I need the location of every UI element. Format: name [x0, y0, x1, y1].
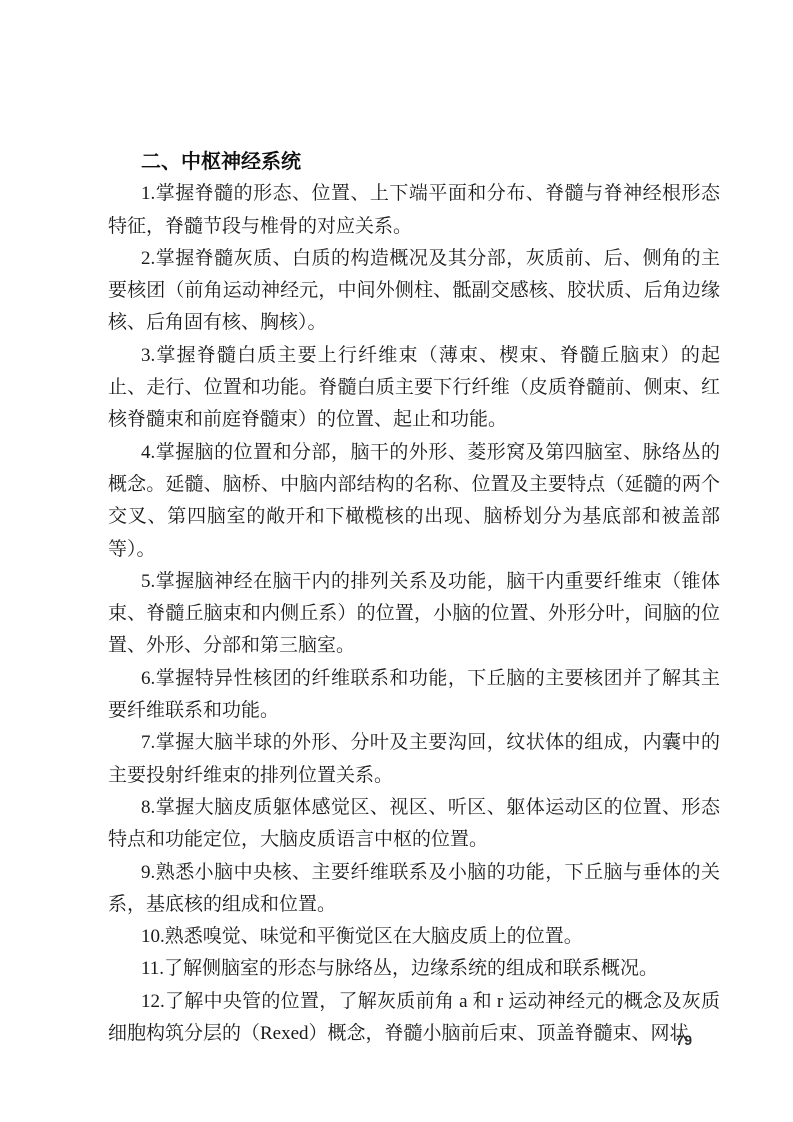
section-heading: 二、中枢神经系统	[108, 146, 720, 178]
syllabus-item-7: 7.掌握大脑半球的外形、分叶及主要沟回，纹状体的组成，内囊中的主要投射纤维束的排…	[108, 727, 720, 792]
syllabus-item-6: 6.掌握特异性核团的纤维联系和功能，下丘脑的主要核团并了解其主要纤维联系和功能。	[108, 663, 720, 728]
syllabus-item-3: 3.掌握脊髓白质主要上行纤维束（薄束、楔束、脊髓丘脑束）的起止、走行、位置和功能…	[108, 340, 720, 437]
syllabus-item-1: 1.掌握脊髓的形态、位置、上下端平面和分布、脊髓与脊神经根形态特征，脊髓节段与椎…	[108, 178, 720, 243]
syllabus-item-8: 8.掌握大脑皮质躯体感觉区、视区、听区、躯体运动区的位置、形态特点和功能定位，大…	[108, 792, 720, 857]
syllabus-item-11: 11.了解侧脑室的形态与脉络丛，边缘系统的组成和联系概况。	[108, 953, 720, 985]
syllabus-item-10: 10.熟悉嗅觉、味觉和平衡觉区在大脑皮质上的位置。	[108, 921, 720, 953]
page-number: 79	[676, 1032, 693, 1048]
syllabus-item-2: 2.掌握脊髓灰质、白质的构造概况及其分部，灰质前、后、侧角的主要核团（前角运动神…	[108, 243, 720, 340]
syllabus-item-9: 9.熟悉小脑中央核、主要纤维联系及小脑的功能，下丘脑与垂体的关系，基底核的组成和…	[108, 857, 720, 922]
syllabus-item-12: 12.了解中央管的位置，了解灰质前角 a 和 r 运动神经元的概念及灰质细胞构筑…	[108, 986, 720, 1051]
syllabus-item-4: 4.掌握脑的位置和分部，脑干的外形、菱形窝及第四脑室、脉络丛的概念。延髓、脑桥、…	[108, 437, 720, 566]
document-page: 二、中枢神经系统 1.掌握脊髓的形态、位置、上下端平面和分布、脊髓与脊神经根形态…	[0, 0, 793, 1122]
section-content: 二、中枢神经系统 1.掌握脊髓的形态、位置、上下端平面和分布、脊髓与脊神经根形态…	[108, 146, 720, 1050]
syllabus-item-5: 5.掌握脑神经在脑干内的排列关系及功能，脑干内重要纤维束（锥体束、脊髓丘脑束和内…	[108, 566, 720, 663]
